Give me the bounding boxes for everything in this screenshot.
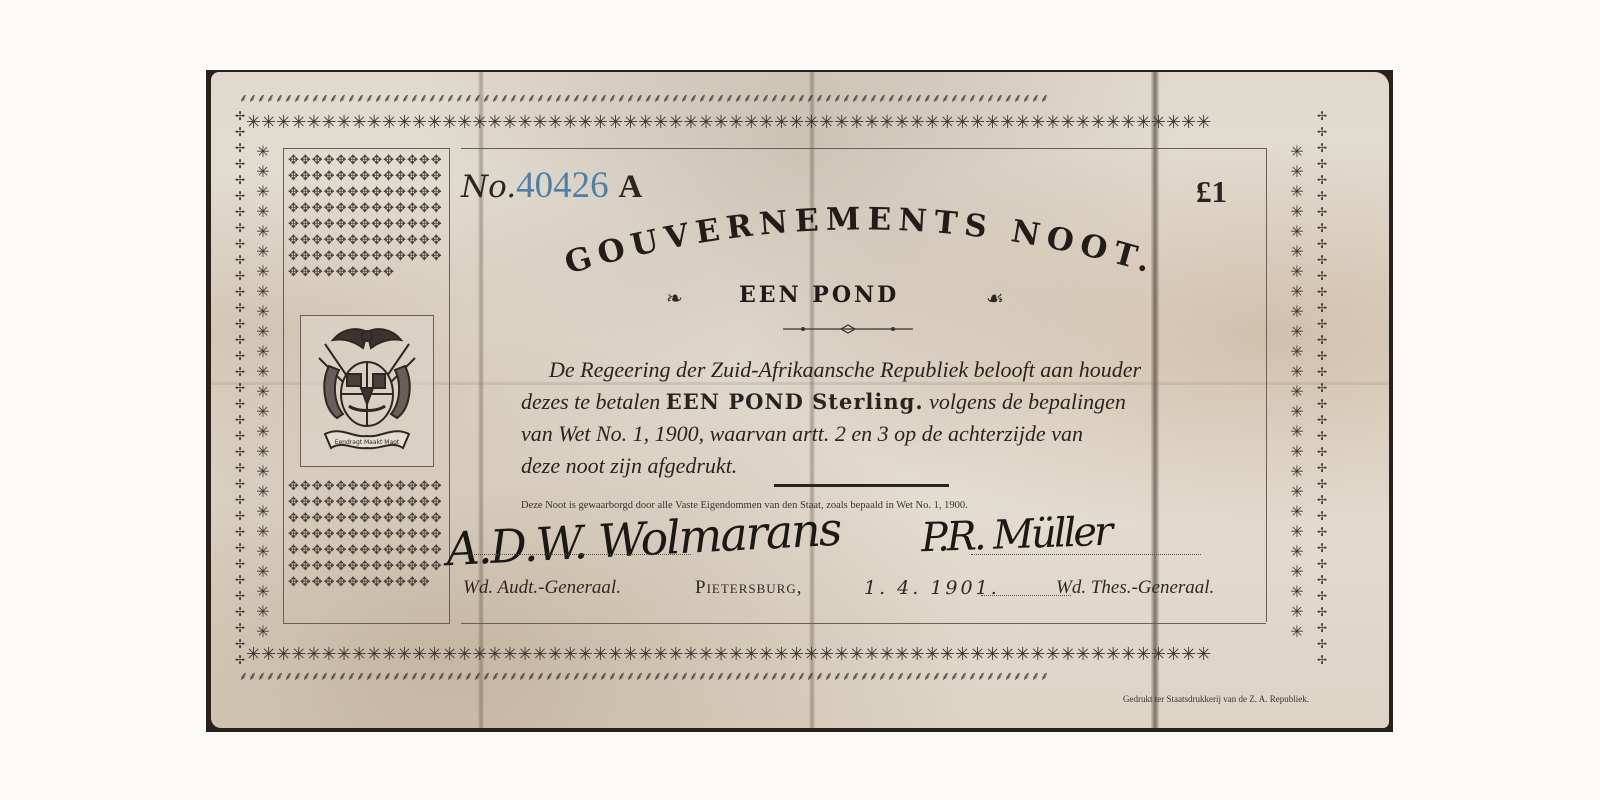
banknote: ⸙⸙⸙⸙⸙⸙⸙⸙⸙⸙⸙⸙⸙⸙⸙⸙⸙⸙⸙⸙⸙⸙⸙⸙⸙⸙⸙⸙⸙⸙⸙⸙⸙⸙⸙⸙⸙⸙⸙⸙… — [211, 72, 1389, 728]
promise-line-3: van Wet No. 1, 1900, waarvan artt. 2 en … — [521, 418, 1251, 450]
ornamental-border-bottom: ⸙⸙⸙⸙⸙⸙⸙⸙⸙⸙⸙⸙⸙⸙⸙⸙⸙⸙⸙⸙⸙⸙⸙⸙⸙⸙⸙⸙⸙⸙⸙⸙⸙⸙⸙⸙⸙⸙⸙⸙… — [239, 670, 1329, 684]
coat-of-arms-box: Eendragt Maakt Magt — [300, 315, 434, 467]
ornamental-border-top: ⸙⸙⸙⸙⸙⸙⸙⸙⸙⸙⸙⸙⸙⸙⸙⸙⸙⸙⸙⸙⸙⸙⸙⸙⸙⸙⸙⸙⸙⸙⸙⸙⸙⸙⸙⸙⸙⸙⸙⸙… — [239, 92, 1329, 106]
ornamental-border-top-inner: ✳✳✳✳✳✳✳✳✳✳✳✳✳✳✳✳✳✳✳✳✳✳✳✳✳✳✳✳✳✳✳✳✳✳✳✳✳✳✳✳… — [246, 114, 1324, 138]
ornamental-border-bottom-inner: ✳✳✳✳✳✳✳✳✳✳✳✳✳✳✳✳✳✳✳✳✳✳✳✳✳✳✳✳✳✳✳✳✳✳✳✳✳✳✳✳… — [246, 646, 1324, 670]
ornamental-border-left-inner: ✳✳✳✳✳✳✳✳✳✳✳✳✳✳✳✳✳✳✳✳✳✳✳✳✳✳ — [253, 142, 273, 644]
note-subtitle: EEN POND — [739, 282, 899, 308]
issue-date: 1. 4. 1901. — [864, 577, 1000, 599]
promise-line-4: deze noot zijn afgedrukt. — [521, 450, 1251, 482]
flourish-divider-icon — [783, 324, 913, 334]
svg-text:Eendragt Maakt Magt: Eendragt Maakt Magt — [335, 439, 400, 446]
promise-line-1: De Regeering der Zuid-Afrikaansche Repub… — [521, 354, 1251, 386]
left-ornamental-panel: ✥✥✥✥✥✥✥✥✥✥✥✥✥✥✥✥✥✥✥✥✥✥✥✥✥✥✥✥✥✥✥✥✥✥✥✥✥✥✥✥… — [283, 148, 450, 624]
divider-line — [774, 484, 949, 487]
printer-imprint: Gedrukt ter Staatsdrukkerij van de Z. A.… — [1123, 694, 1309, 704]
ornamental-border-left: ✢✢✢✢✢✢✢✢✢✢✢✢✢✢✢✢✢✢✢✢✢✢✢✢✢✢✢✢✢✢✢✢✢✢✢✢✢ — [233, 108, 247, 668]
note-title: GOUVERNEMENTS NOOT. — [561, 201, 1162, 281]
sprig-ornament-icon: ☙ — [986, 286, 1004, 310]
amount-text: EEN POND Sterling. — [666, 389, 924, 414]
lattice-pattern: ✥✥✥✥✥✥✥✥✥✥✥✥✥✥✥✥✥✥✥✥✥✥✥✥✥✥✥✥✥✥✥✥✥✥✥✥✥✥✥✥… — [288, 479, 445, 619]
lattice-pattern: ✥✥✥✥✥✥✥✥✥✥✥✥✥✥✥✥✥✥✥✥✥✥✥✥✥✥✥✥✥✥✥✥✥✥✥✥✥✥✥✥… — [288, 153, 445, 307]
sprig-ornament-icon: ❧ — [666, 286, 683, 310]
signature-line — [971, 554, 1201, 555]
auditor-title: Wd. Audt.-Generaal. — [463, 577, 621, 599]
promise-text: De Regeering der Zuid-Afrikaansche Repub… — [521, 354, 1251, 482]
ornamental-border-right: ✢✢✢✢✢✢✢✢✢✢✢✢✢✢✢✢✢✢✢✢✢✢✢✢✢✢✢✢✢✢✢✢✢✢✢✢✢ — [1315, 108, 1329, 668]
promise-line-2: dezes te betalen EEN POND Sterling. volg… — [521, 386, 1251, 418]
place-of-issue: Pietersburg, — [695, 577, 803, 599]
svg-text:GOUVERNEMENTS NOOT.: GOUVERNEMENTS NOOT. — [561, 201, 1162, 281]
ornamental-border-right-inner: ✳✳✳✳✳✳✳✳✳✳✳✳✳✳✳✳✳✳✳✳✳✳✳✳✳✳ — [1287, 142, 1307, 644]
coat-of-arms-icon: Eendragt Maakt Magt — [311, 322, 423, 460]
panel-divider — [1266, 148, 1267, 622]
treasurer-title: Wd. Thes.-Generaal. — [1056, 577, 1214, 599]
signature-line — [461, 554, 691, 555]
